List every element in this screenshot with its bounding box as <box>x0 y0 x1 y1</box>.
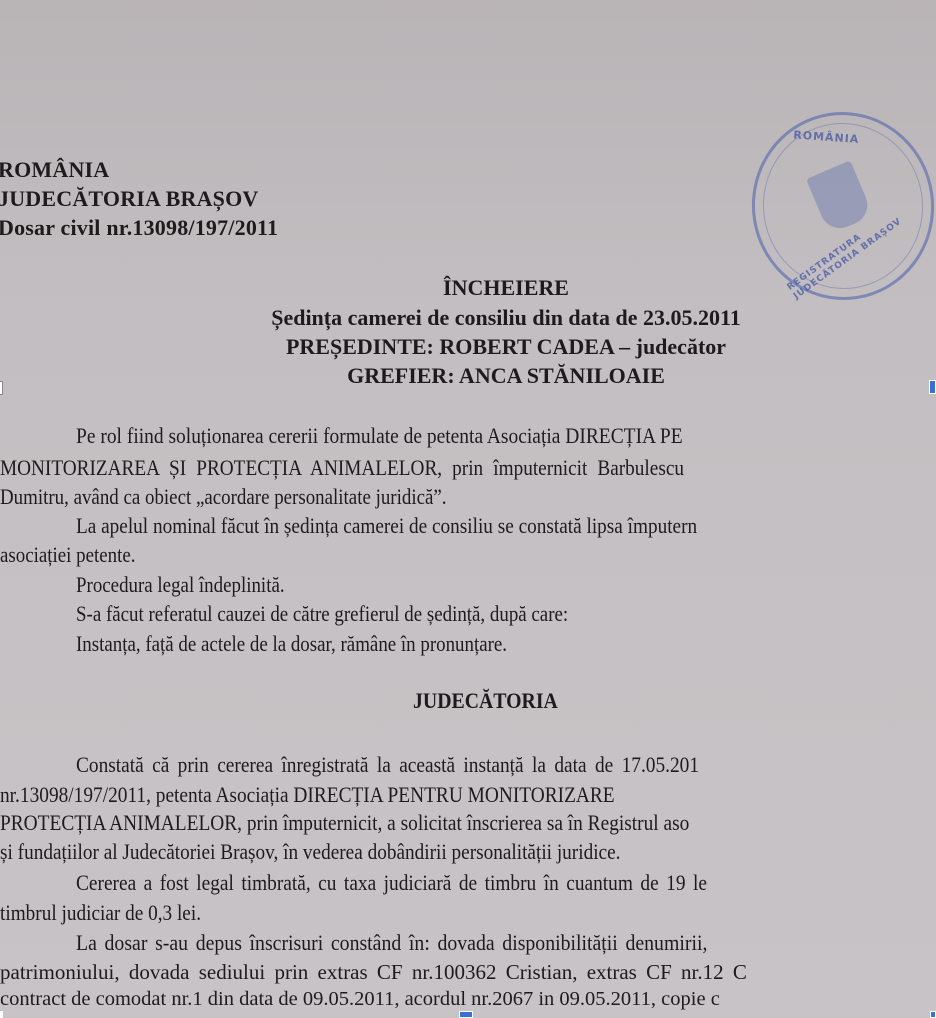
document-page: ROMÂNIA JUDECĂTORIA BRAȘOV Dosar civil n… <box>0 0 936 1018</box>
crop-handle-bottom[interactable] <box>459 1011 473 1018</box>
header-case-number: Dosar civil nr.13098/197/2011 <box>0 215 278 241</box>
intro-line: Dumitru, având ca obiect „acordare perso… <box>0 484 447 510</box>
president-line: PREȘEDINTE: ROBERT CADEA – judecător <box>0 334 936 360</box>
crop-handle-bottom-left[interactable] <box>0 1011 3 1018</box>
body-line: timbrul judiciar de 0,3 lei. <box>0 900 201 926</box>
body-line: La dosar s-au depus înscrisuri constând … <box>76 930 707 956</box>
crop-handle-left[interactable] <box>0 381 3 395</box>
intro-line: La apelul nominal făcut în ședința camer… <box>76 513 697 539</box>
body-line: PROTECȚIA ANIMALELOR, prin împuternicit,… <box>0 810 689 836</box>
body-line: Constată că prin cererea înregistrată la… <box>76 752 699 778</box>
body-line: nr.13098/197/2011, petenta Asociația DIR… <box>0 782 615 808</box>
crop-handle-right[interactable] <box>929 380 936 394</box>
document-title: ÎNCHEIERE <box>0 275 936 301</box>
intro-line: S-a făcut referatul cauzei de către gref… <box>76 601 568 627</box>
header-court: JUDECĂTORIA BRAȘOV <box>0 186 259 212</box>
body-line: contract de comodat nr.1 din data de 09.… <box>0 988 720 1011</box>
intro-line: asociației petente. <box>0 542 136 568</box>
intro-line: Instanța, față de actele de la dosar, ră… <box>76 631 507 657</box>
clerk-line: GREFIER: ANCA STĂNILOAIE <box>0 363 936 389</box>
section-heading: JUDECĂTORIA <box>413 688 558 714</box>
body-line: Cererea a fost legal timbrată, cu taxa j… <box>76 870 707 896</box>
header-country: ROMÂNIA <box>0 157 109 183</box>
intro-line: Pe rol fiind soluționarea cererii formul… <box>76 423 683 449</box>
session-line: Ședința camerei de consiliu din data de … <box>0 305 936 331</box>
crop-handle-bottom-right[interactable] <box>930 1011 936 1018</box>
body-line: și fundațiilor al Judecătoriei Brașov, î… <box>0 839 620 865</box>
intro-line: Procedura legal îndeplinită. <box>76 572 285 598</box>
intro-line: MONITORIZAREA ȘI PROTECȚIA ANIMALELOR, p… <box>0 455 684 481</box>
body-line: patrimoniului, dovada sediului prin extr… <box>0 960 747 985</box>
